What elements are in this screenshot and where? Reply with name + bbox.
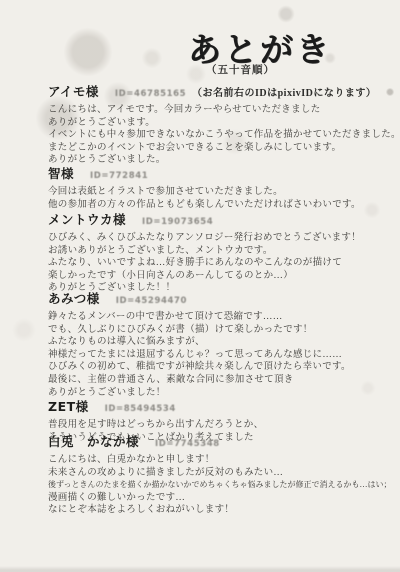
comment-line: なにとぞ本誌をよろしくおねがいします！ [48, 504, 392, 517]
contributor-pixiv-id: ID=19073654 [142, 217, 213, 227]
comment-line: 後ずっときんのたまを描くか描かないかでめちゃくちゃ悩みましたが修正で消えるかも…… [48, 479, 392, 492]
contributor-name: アイモ様 [48, 82, 99, 100]
contributor-comment: こんにちは、アイモです。今回カラーやらせていただきました ありがとうございます。… [48, 104, 392, 167]
contributor-pixiv-id: ID=45294470 [116, 296, 187, 306]
contributor-header: あみつ様 ID=45294470 [48, 289, 392, 307]
contributor-name: あみつ様 [48, 289, 100, 307]
comment-line: 今回は表紙とイラストで参加させていただきました。 [48, 186, 392, 199]
contributor-section: メントウカ様 ID=19073654 ひびみく、みくひびふたなりアンソロジー発行… [48, 210, 392, 295]
contributor-pixiv-id: ID=85494534 [105, 404, 176, 414]
comment-line: 最後に、主催の普通さん、素敵な合同に参加させて頂き [48, 374, 392, 387]
comment-line: お誘いありがとうございました、メントウカです。 [48, 245, 392, 258]
contributor-name: ZET様 [48, 397, 89, 415]
contributor-pixiv-id: ID=772841 [90, 171, 148, 181]
comment-line: イベントにも中々参加できないなかこうやって作品を描かせていただきました。 [48, 129, 392, 142]
comment-line: ありがとうございます。 [48, 117, 392, 130]
comment-line: ひびみく、みくひびふたなりアンソロジー発行おめでとうございます！ [48, 232, 392, 245]
comment-line: ふたなり、いいですよね…好き勝手にあんなのやこんなのが描けて [48, 257, 392, 270]
comment-line: こんにちは、白兎かなかと申します！ [48, 454, 392, 467]
contributor-pixiv-id: ID=7745348 [155, 439, 220, 449]
contributor-section: あみつ様 ID=45294470 錚々たるメンバーの中で書かせて頂けて恐縮です…… [48, 289, 392, 399]
contributor-header: ZET様 ID=85494534 [48, 397, 392, 415]
comment-line: ふたなりものは導入に悩みますが、 [48, 336, 392, 349]
contributor-comment: 今回は表紙とイラストで参加させていただきました。 他の参加者の方々の作品ともども… [48, 186, 392, 211]
contributor-name: メントウカ様 [48, 210, 126, 228]
comment-line: でも、久しぶりにひびみくが書（描）けて楽しかったです！ [48, 324, 392, 337]
contributor-comment: 錚々たるメンバーの中で書かせて頂けて恐縮です…… でも、久しぶりにひびみくが書（… [48, 311, 392, 399]
comment-line: 未来さんの攻めよりに描きましたが反対のもみたい… [48, 467, 392, 480]
contributor-pixiv-id: ID=46785165 [115, 89, 186, 99]
contributor-header: 智様 ID=772841 [48, 164, 392, 182]
contributor-section: 白兎 かなか様 ID=7745348 こんにちは、白兎かなかと申します！ 未来さ… [48, 432, 392, 517]
comment-line: 錚々たるメンバーの中で書かせて頂けて恐縮です…… [48, 311, 392, 324]
contributor-section: 智様 ID=772841 今回は表紙とイラストで参加させていただきました。 他の… [48, 164, 392, 211]
contributor-header: アイモ様 ID=46785165 [48, 82, 392, 100]
contributor-name: 智様 [48, 164, 74, 182]
comment-line: ひびみくの初めて、稚拙ですが神絵共々楽しんで頂けたら幸いです。 [48, 361, 392, 374]
comment-line: またどこかのイベントでお会いできることを楽しみにしています。 [48, 142, 392, 155]
comment-line: こんにちは、アイモです。今回カラーやらせていただきました [48, 104, 392, 117]
sort-order-note: （五十音順） [206, 62, 275, 77]
comment-line: 漫画描くの難しいかったです… [48, 492, 392, 505]
comment-line: 神様だってたまには退屈するんじゃ？って思ってあんな感じに…… [48, 349, 392, 362]
comment-line: 普段用を足す時はどっちから出すんだろうとか、 [48, 419, 392, 432]
contributor-header: メントウカ様 ID=19073654 [48, 210, 392, 228]
afterword-page: あとがき （五十音順） （お名前右のIDはpixivIDになります） アイモ様 … [0, 0, 400, 572]
contributor-comment: ひびみく、みくひびふたなりアンソロジー発行おめでとうございます！ お誘いありがと… [48, 232, 392, 295]
contributor-name: 白兎 かなか様 [48, 432, 139, 450]
contributor-comment: こんにちは、白兎かなかと申します！ 未来さんの攻めよりに描きましたが反対のもみた… [48, 454, 392, 517]
contributor-header: 白兎 かなか様 ID=7745348 [48, 432, 392, 450]
comment-line: 楽しかったです（小日向さんのあーんしてるのとか…） [48, 270, 392, 283]
contributor-section: アイモ様 ID=46785165 こんにちは、アイモです。今回カラーやらせていた… [48, 82, 392, 167]
